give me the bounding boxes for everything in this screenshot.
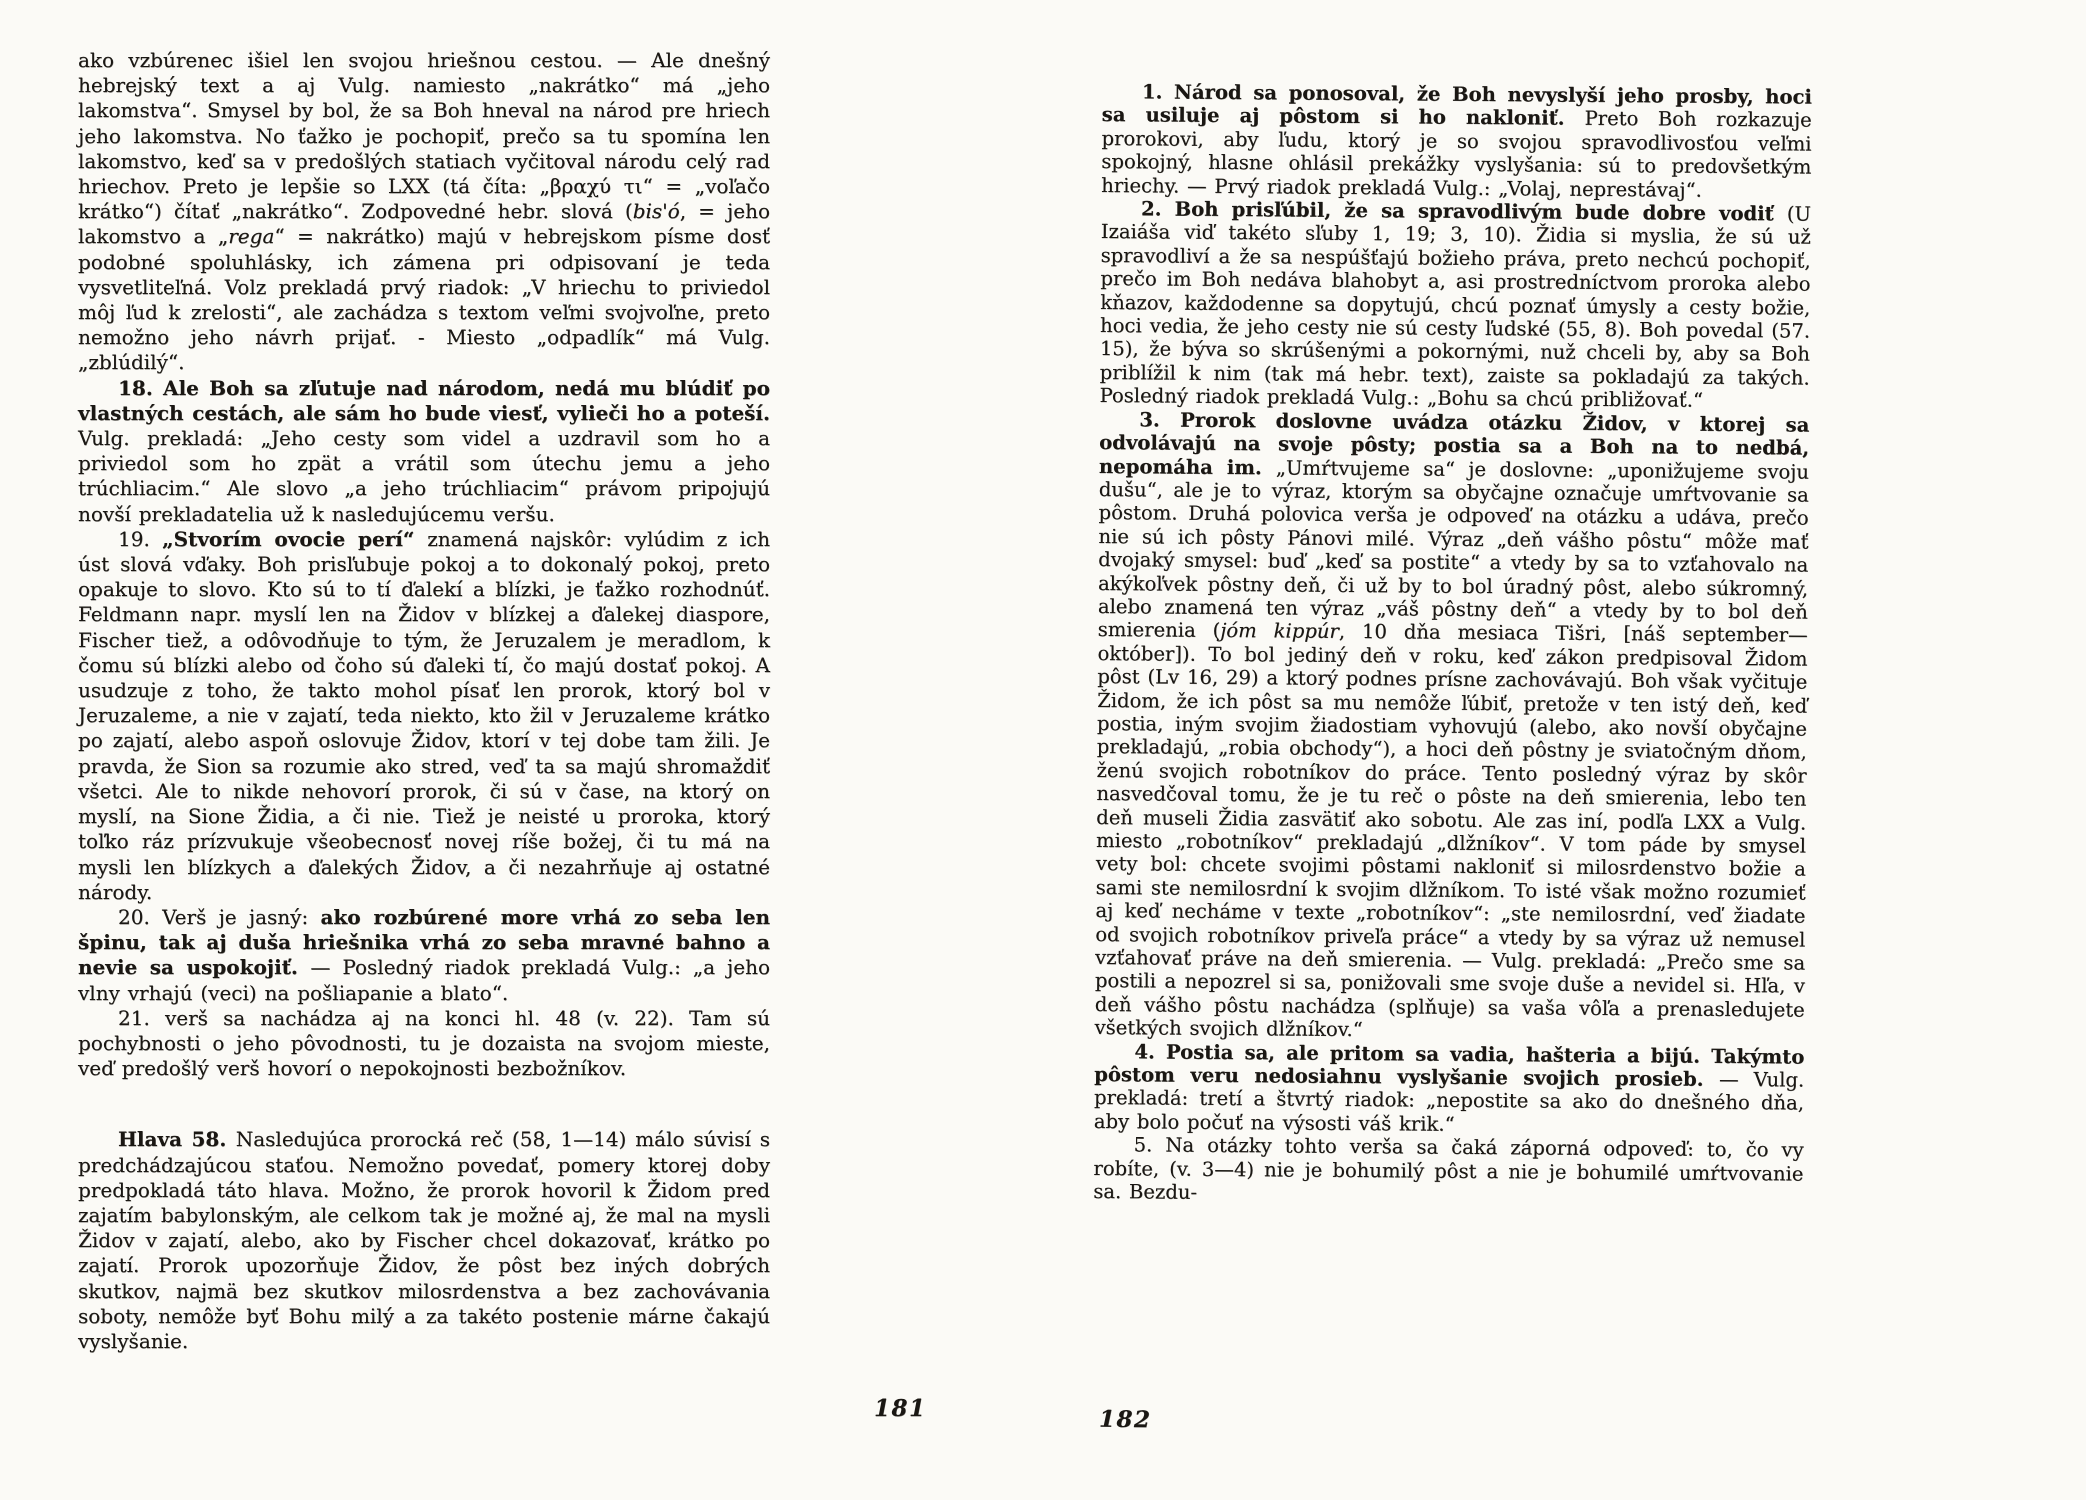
right-page-text-column: 1. Národ sa ponosoval, že Boh nevyslyší … <box>1093 80 1812 1209</box>
text-segment: 5. Na otázky tohto verša sa čaká záporná… <box>1093 1134 1804 1204</box>
paragraph: 4. Postia sa, ale pritom sa vadia, hašte… <box>1094 1040 1805 1139</box>
text-segment: „Stvorím ovocie perí“ <box>162 527 427 551</box>
text-segment: 18. Ale Boh sa zľutuje nad národom, nedá… <box>78 376 770 425</box>
text-segment: ako vzbúrenec išiel len svojou hriešnou … <box>78 48 770 223</box>
page-number-left: 181 <box>874 1395 927 1422</box>
text-segment: Hlava 58. <box>118 1127 236 1151</box>
text-segment: 20. Verš je jasný: <box>118 905 320 929</box>
text-segment: 21. verš sa nachádza aj na konci hl. 48 … <box>78 1006 770 1080</box>
text-segment: , 10 dňa mesiaca Tišri, [náš september—o… <box>1094 620 1807 1041</box>
left-page-text-column: ako vzbúrenec išiel len svojou hriešnou … <box>78 48 770 1354</box>
paragraph: 1. Národ sa ponosoval, že Boh nevyslyší … <box>1101 80 1812 203</box>
text-segment: (U Izaiáša viď takéto sľuby 1, 19; 3, 10… <box>1099 202 1811 412</box>
text-segment: Nasledujúca prorocká reč (58, 1—14) málo… <box>78 1127 770 1353</box>
page-number-right: 182 <box>1099 1406 1152 1434</box>
paragraph: ako vzbúrenec išiel len svojou hriešnou … <box>78 48 770 376</box>
paragraph: 20. Verš je jasný: ako rozbúrené more vr… <box>78 905 770 1006</box>
scanned-book-spread: { "colors": { "paper": "#fbfaf6", "ink":… <box>0 0 2086 1500</box>
paragraph: 19. „Stvorím ovocie perí“ znamená najskô… <box>78 527 770 905</box>
paragraph: Hlava 58. Nasledujúca prorocká reč (58, … <box>78 1127 770 1354</box>
paragraph: 3. Prorok doslovne uvádza otázku Židov, … <box>1094 408 1809 1046</box>
paragraph: 18. Ale Boh sa zľutuje nad národom, nedá… <box>78 376 770 527</box>
text-segment: rega <box>228 224 274 248</box>
text-segment: Vulg. prekladá: „Jeho cesty som videl a … <box>78 426 770 526</box>
paragraph: 2. Boh prisľúbil, že sa spravodlivým bud… <box>1099 197 1811 413</box>
text-segment: bis'ó <box>633 199 680 223</box>
text-segment: jóm kippúr <box>1220 619 1339 643</box>
text-segment: 4. Postia sa, ale pritom sa vadia, hašte… <box>1094 1040 1804 1091</box>
text-segment: znamená najskôr: vylúdim z ich úst slová… <box>78 527 770 904</box>
paragraph: 5. Na otázky tohto verša sa čaká záporná… <box>1093 1133 1804 1209</box>
text-segment: 19. <box>118 527 162 551</box>
text-segment: „Umŕtvujeme sa“ je doslovne: „uponižujem… <box>1098 456 1809 642</box>
paragraph: 21. verš sa nachádza aj na konci hl. 48 … <box>78 1006 770 1082</box>
